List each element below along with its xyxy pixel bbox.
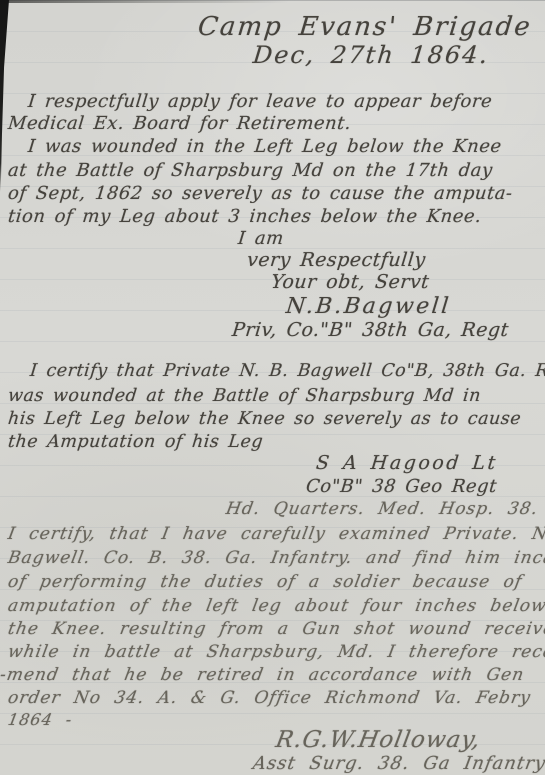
heading-date: Dec, 27th 1864. bbox=[252, 42, 491, 70]
scan-top-edge-shadow bbox=[0, 0, 340, 3]
application-line: of Sept, 1862 so severely as to cause th… bbox=[7, 184, 514, 205]
applicant-signature: N.B.Bagwell bbox=[285, 294, 452, 319]
application-line: Medical Ex. Board for Retirement. bbox=[7, 114, 352, 135]
officer-certificate-line: I certify that Private N. B. Bagwell Co"… bbox=[29, 361, 545, 381]
officer-certificate-line: was wounded at the Battle of Sharpsburg … bbox=[7, 386, 482, 406]
surgeon-certificate-line: while in battle at Sharpsburg, Md. I the… bbox=[6, 643, 545, 663]
officer-signature-title: Co"B" 38 Geo Regt bbox=[305, 477, 498, 498]
officer-certificate-line: his Left Leg below the Knee so severely … bbox=[7, 409, 522, 429]
scan-left-edge-shadow bbox=[0, 0, 9, 192]
surgeon-certificate-line: I certify, that I have carefully examine… bbox=[6, 525, 545, 545]
scanned-letter-page: Camp Evans' Brigade Dec, 27th 1864. I re… bbox=[0, 0, 545, 775]
officer-signature: S A Hagood Lt bbox=[315, 453, 499, 475]
officer-certificate-line: the Amputation of his Leg bbox=[7, 432, 264, 452]
application-line: tion of my Leg about 3 inches below the … bbox=[7, 207, 482, 228]
closing-line: I am bbox=[237, 229, 285, 250]
surgeon-certificate-line: -mend that he be retired in accordance w… bbox=[0, 666, 526, 686]
surgeon-certificate-line: 1864 - bbox=[6, 711, 73, 729]
surgeon-certificate-line: Bagwell. Co. B. 38. Ga. Infantry. and fi… bbox=[6, 549, 545, 569]
application-line: I was wounded in the Left Leg below the … bbox=[27, 137, 503, 158]
application-line: I respectfully apply for leave to appear… bbox=[27, 92, 493, 113]
surgeon-certificate-line: amputation of the left leg about four in… bbox=[6, 597, 545, 617]
applicant-signature-title: Priv, Co."B" 38th Ga, Regt bbox=[231, 320, 510, 342]
surgeon-certificate-line: of performing the duties of a soldier be… bbox=[6, 573, 523, 593]
surgeon-certificate-line: order No 34. A. & G. Office Richmond Va.… bbox=[6, 689, 532, 709]
surgeon-certificate-line: the Knee. resulting from a Gun shot woun… bbox=[6, 620, 545, 640]
closing-line: very Respectfully bbox=[246, 250, 427, 272]
surgeon-signature-title: Asst Surg. 38. Ga Infantry bbox=[251, 754, 545, 775]
application-line: at the Battle of Sharpsburg Md on the 17… bbox=[7, 161, 494, 182]
closing-line: Your obt, Servt bbox=[270, 272, 431, 294]
surgeon-signature: R.G.W.Holloway, bbox=[274, 727, 483, 753]
heading-place: Camp Evans' Brigade bbox=[196, 13, 533, 43]
surgeon-certificate-header: Hd. Quarters. Med. Hosp. 38. Ga. Regimt bbox=[224, 500, 545, 520]
